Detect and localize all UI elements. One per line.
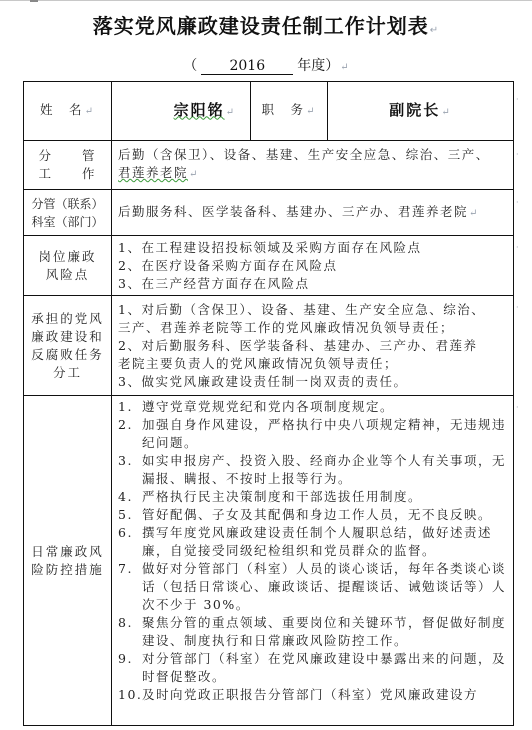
content-line: 3、在三产经营方面存在风险点 — [118, 275, 507, 293]
row-end-mark-icon: · — [516, 95, 519, 104]
label-line: 分 管 — [30, 147, 105, 165]
list-item: 4.严格执行民主决策制度和干部选拔任用制度。 — [118, 488, 507, 506]
list-item: 6.撰写年度党风廉政建设责任制个人履职总结，做好述责述廉，自觉接受同级纪检组织和… — [118, 524, 507, 560]
content-line: 2、在医疗设备采购方面存在风险点 — [118, 257, 507, 275]
row-end-mark-icon: · — [516, 403, 519, 412]
content-line: 后勤服务科、医学装备科、基建办、三产办、君莲养老院 — [118, 204, 468, 219]
page-top-border — [0, 0, 532, 1]
paragraph-mark-icon: ↵ — [189, 169, 199, 180]
content-line: 老院主要负责人的党风廉政情况负领导责任； — [118, 355, 507, 373]
label-line: 科室（部门） — [26, 213, 109, 231]
departments-content-cell[interactable]: 后勤服务科、医学装备科、基建办、三产办、君莲养老院↵ — [112, 190, 514, 236]
label-line: 分工 — [30, 364, 105, 382]
name-label: 姓 名 — [40, 102, 84, 117]
label-line: 日常廉政风 — [30, 543, 105, 561]
title-text: 落实党风廉政建设责任制工作计划表 — [93, 14, 429, 38]
label-line: 险防控措施 — [30, 561, 105, 579]
list-item: 10.及时向党政正职报告分管部门（科室）党风廉政建设方 — [118, 686, 507, 704]
risk-controls-label-cell: 日常廉政风 险防控措施 — [24, 396, 112, 726]
content-line: 三产、君莲养老院等工作的党风廉政情况负领导责任； — [118, 319, 507, 337]
list-item: 9.对分管部门（科室）在党风廉政建设中暴露出来的问题，及时督促整改。 — [118, 650, 507, 686]
paragraph-mark-icon: ↵ — [469, 208, 479, 219]
year-field[interactable]: 2016 — [201, 58, 293, 75]
position-label-cell: 职 务↵ — [251, 82, 328, 141]
content-line: 君莲养老院 — [118, 165, 188, 180]
table-row-task-division: 承担的党风 廉政建设和 反腐败任务 分工 1、对后勤（含保卫）、设备、基建、生产… — [24, 296, 514, 396]
document-subtitle: （2016年度）↵ — [0, 55, 532, 75]
position-value-cell[interactable]: 副院长↵ — [328, 82, 514, 141]
label-line: 承担的党风 — [30, 310, 105, 328]
list-item: 8.聚焦分管的重点领域、重要岗位和关键环节，督促做好制度建设、制度执行和日常廉政… — [118, 614, 507, 650]
departments-label-cell: 分管（联系） 科室（部门） — [24, 190, 112, 236]
paragraph-mark-icon: ↵ — [85, 106, 95, 117]
list-item: 3.如实申报房产、投资入股、经商办企业等个人有关事项，无漏报、瞒报、不按时上报等… — [118, 452, 507, 488]
name-value-cell[interactable]: 宗阳铭↵ — [112, 82, 251, 141]
subtitle-close: 年度） — [297, 58, 339, 74]
content-line: 1、在工程建设招投标领域及采购方面存在风险点 — [118, 239, 507, 257]
risk-controls-content-cell[interactable]: 1.遵守党章党规党纪和党内各项制度规定。 2.加强自身作风建设，严格执行中央八项… — [112, 396, 514, 726]
paragraph-mark-icon: ↵ — [306, 106, 316, 117]
document-title: 落实党风廉政建设责任制工作计划表↵ — [0, 10, 532, 39]
table-row-risk-points: 岗位廉政 风险点 1、在工程建设招投标领域及采购方面存在风险点 2、在医疗设备采… — [24, 236, 514, 296]
list-item: 7.做好对分管部门（科室）人员的谈心谈话，每年各类谈心谈话（包括日常谈心、廉政谈… — [118, 560, 507, 614]
task-division-label-cell: 承担的党风 廉政建设和 反腐败任务 分工 — [24, 296, 112, 396]
table-row-responsibilities: 分 管 工 作 后勤（含保卫）、设备、基建、生产安全应急、综治、三产、 君莲养老… — [24, 141, 514, 190]
list-item: 5.管好配偶、子女及其配偶和身边工作人员，无不良反映。 — [118, 506, 507, 524]
label-line: 工 作 — [30, 165, 105, 183]
row-end-mark-icon: · — [516, 243, 519, 252]
label-line: 岗位廉政 — [30, 248, 105, 266]
content-line: 后勤（含保卫）、设备、基建、生产安全应急、综治、三产、 — [118, 146, 507, 164]
table-row-risk-controls: 日常廉政风 险防控措施 1.遵守党章党规党纪和党内各项制度规定。 2.加强自身作… — [24, 396, 514, 726]
paragraph-mark-icon: ↵ — [226, 107, 236, 118]
risk-controls-list: 1.遵守党章党规党纪和党内各项制度规定。 2.加强自身作风建设，严格执行中央八项… — [118, 398, 507, 704]
name-label-cell: 姓 名↵ — [24, 82, 112, 141]
row-end-mark-icon: · — [516, 198, 519, 207]
label-line: 风险点 — [30, 266, 105, 284]
ruler-marker — [30, 0, 38, 2]
task-division-content-cell[interactable]: 1、对后勤（含保卫）、设备、基建、生产安全应急、综治、 三产、君莲养老院等工作的… — [112, 296, 514, 396]
list-item: 1.遵守党章党规党纪和党内各项制度规定。 — [118, 398, 507, 416]
responsibilities-label-cell: 分 管 工 作 — [24, 141, 112, 190]
content-line: 2、对后勤服务科、医学装备科、基建办、三产办、君莲养 — [118, 337, 507, 355]
responsibilities-content-cell[interactable]: 后勤（含保卫）、设备、基建、生产安全应急、综治、三产、 君莲养老院↵ — [112, 141, 514, 190]
paragraph-mark-icon: ↵ — [340, 62, 348, 73]
plan-table: 姓 名↵ 宗阳铭↵ 职 务↵ 副院长↵ 分 管 工 作 后勤（含保卫）、设备、基… — [23, 81, 514, 726]
row-end-mark-icon: · — [516, 303, 519, 312]
label-line: 廉政建设和 — [30, 328, 105, 346]
name-value: 宗阳铭 — [174, 101, 225, 119]
risk-points-label-cell: 岗位廉政 风险点 — [24, 236, 112, 296]
paragraph-mark-icon: ↵ — [441, 107, 451, 118]
label-line: 分管（联系） — [26, 195, 109, 213]
content-line: 1、对后勤（含保卫）、设备、基建、生产安全应急、综治、 — [118, 301, 507, 319]
paragraph-mark-icon: ↵ — [430, 25, 439, 36]
table-row-header: 姓 名↵ 宗阳铭↵ 职 务↵ 副院长↵ — [24, 82, 514, 141]
row-end-mark-icon: · — [516, 150, 519, 159]
table-row-departments: 分管（联系） 科室（部门） 后勤服务科、医学装备科、基建办、三产办、君莲养老院↵ — [24, 190, 514, 236]
content-line: 3、做实党风廉政建设责任制一岗双责的责任。 — [118, 373, 507, 391]
list-item: 2.加强自身作风建设，严格执行中央八项规定精神，无违规违纪问题。 — [118, 416, 507, 452]
risk-points-content-cell[interactable]: 1、在工程建设招投标领域及采购方面存在风险点 2、在医疗设备采购方面存在风险点 … — [112, 236, 514, 296]
position-label: 职 务 — [262, 102, 306, 117]
subtitle-open: （ — [183, 58, 197, 74]
label-line: 反腐败任务 — [30, 346, 105, 364]
position-value: 副院长 — [389, 101, 440, 119]
